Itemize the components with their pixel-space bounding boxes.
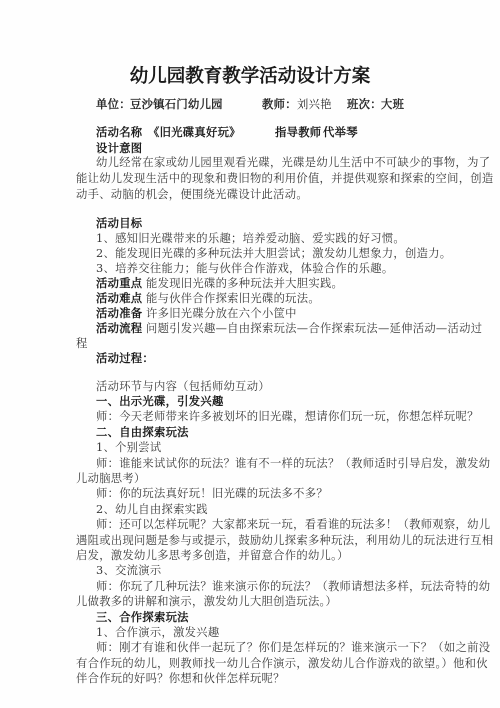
process-heading: 活动过程： [96, 352, 154, 366]
unit-label: 单位： [96, 98, 131, 112]
process-line: 师：谁能来试试你的玩法？谁有不一样的玩法？（教师适时引导启发，激发幼 [96, 457, 490, 471]
design-intent-label: 设计意图 [96, 142, 142, 156]
flow-value-wrap: 程 [76, 337, 88, 351]
flow-value: 问题引发兴趣—自由探索玩法—合作探索玩法—延伸活动—活动过 [146, 322, 482, 336]
teacher-value: 刘兴艳 [297, 98, 332, 112]
goals-heading: 活动目标 [96, 217, 142, 231]
goal-item: 2、能发现旧光碟的多种玩法并大胆尝试；激发幼儿想象力，创造力。 [96, 247, 451, 261]
goal-item: 1、感知旧光碟带来的乐趣；培养爱动脑、爱实践的好习惯。 [96, 232, 405, 246]
document-title: 幼儿园教育教学活动设计方案 [0, 62, 500, 88]
process-section-heading: 三、合作探索玩法 [96, 611, 189, 625]
process-section-heading: 一、出示光碟，引发兴趣 [96, 395, 224, 409]
process-line: 师：今天老师带来许多被划坏的旧光碟，想请你们玩一玩，你想怎样玩呢？ [96, 410, 479, 424]
flow-label: 活动流程 [96, 322, 142, 336]
guide-teacher-value: 代举琴 [323, 126, 358, 140]
process-section-heading: 二、自由探索玩法 [96, 426, 189, 440]
process-line: 儿动脑思考） [76, 472, 146, 486]
class-label: 班次： [347, 98, 382, 112]
key-point-label: 活动重点 [96, 277, 142, 291]
goal-item: 3、培养交往能力；能与伙伴合作游戏，体验合作的乐趣。 [96, 262, 393, 276]
preparation-value: 许多旧光碟分放在六个小筐中 [146, 307, 297, 321]
process-line: 师：你的玩法真好玩！旧光碟的玩法多不多？ [96, 487, 328, 501]
process-line: 3、交流演示 [96, 564, 161, 578]
process-line: 1、合作演示，激发兴趣 [96, 626, 219, 640]
process-line: 2、幼儿自由探索实践 [96, 503, 208, 517]
activity-name-value: 《旧光碟真好玩》 [148, 126, 241, 140]
process-subheading: 活动环节与内容（包括师幼互动） [96, 380, 270, 394]
intent-line: 动手、动脑的机会，便围绕光碟设计此活动。 [76, 188, 308, 202]
guide-teacher-label: 指导教师 [275, 126, 321, 140]
process-line: 1、个别尝试 [96, 441, 161, 455]
difficulty-value: 能与伙伴合作探索旧光碟的玩法。 [146, 292, 320, 306]
process-line: 师：刚才有谁和伙伴一起玩了？你们是怎样玩的？谁来演示一下？（如之前没 [96, 641, 490, 655]
preparation-label: 活动准备 [96, 307, 142, 321]
process-line: 儿做教多的讲解和演示，激发幼儿大胆创造玩法。） [76, 595, 337, 609]
class-value: 大班 [381, 98, 404, 112]
process-line: 师：还可以怎样玩呢？大家都来玩一玩，看看谁的玩法多！（教师观察，幼儿 [96, 518, 490, 532]
activity-name-label: 活动名称 [96, 126, 142, 140]
document-page: 幼儿园教育教学活动设计方案 单位： 豆沙镇石门幼儿园 教师： 刘兴艳 班次： 大… [0, 0, 500, 708]
process-line: 师：你玩了几种玩法？谁来演示你的玩法？（教师请想法多样，玩法奇特的幼 [96, 580, 490, 594]
intent-line: 幼儿经常在家或幼儿园里观看光碟，光碟是幼儿生活中不可缺少的事物，为了 [96, 156, 490, 170]
unit-value: 豆沙镇石门幼儿园 [130, 98, 223, 112]
difficulty-label: 活动难点 [96, 292, 142, 306]
teacher-label: 教师： [262, 98, 297, 112]
process-line: 遇阻或出现问题是参与或提示，鼓励幼儿探索多种玩法，利用幼儿的玩法进行互相 [76, 534, 494, 548]
process-line: 有合作玩的幼儿，则教师找一幼儿合作演示，激发幼儿合作游戏的欲望。）他和伙 [76, 657, 488, 671]
process-line: 启发，激发幼儿多思考多创造，并留意合作的幼儿。） [76, 549, 349, 563]
key-point-value: 能发现旧光碟的多种玩法并大胆实践。 [146, 277, 343, 291]
process-line: 伴合作玩的好吗？你想和伙伴怎样玩呢？ [76, 672, 285, 686]
intent-line: 能让幼儿发现生活中的现象和费旧物的利用价值，并提供观察和探索的空间，创造 [76, 172, 494, 186]
